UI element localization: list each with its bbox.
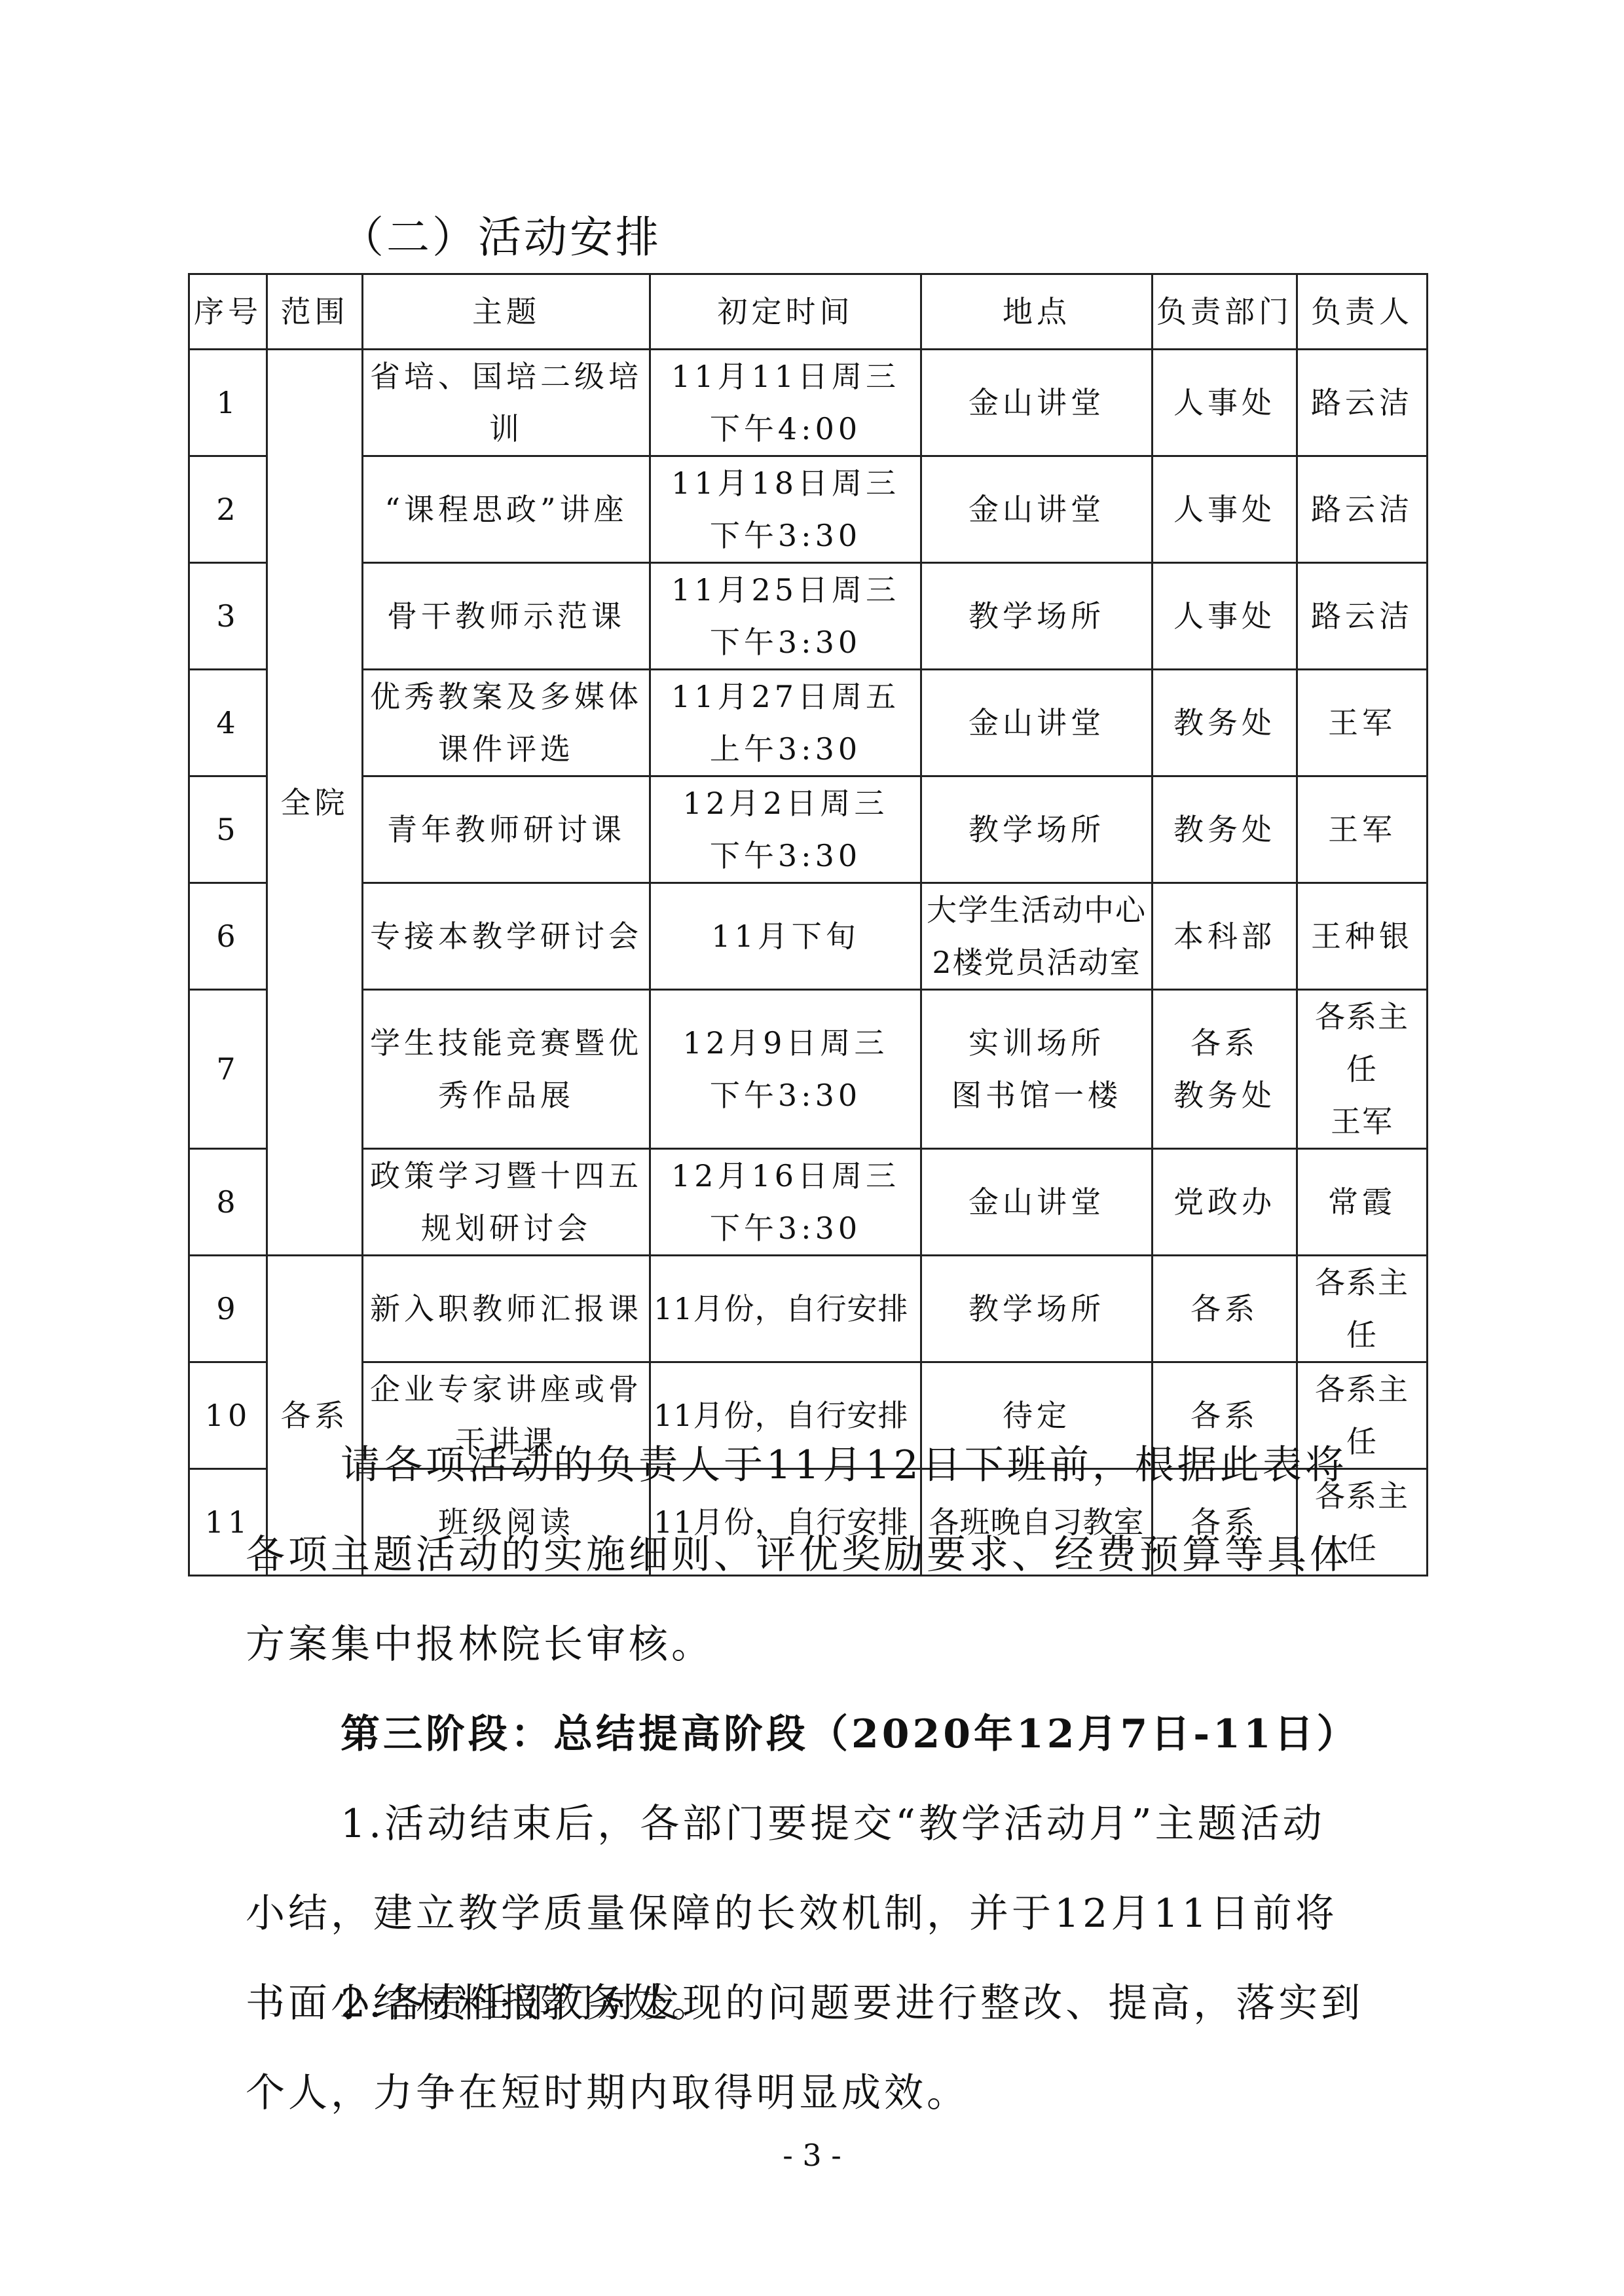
cell-time: 11月下旬 (650, 883, 921, 990)
cell-time: 11月25日周三 下午3:30 (650, 563, 921, 670)
cell-dept: 本科部 (1153, 883, 1297, 990)
cell-time: 12月9日周三 下午3:30 (650, 990, 921, 1149)
cell-dept: 人事处 (1153, 350, 1297, 456)
cell-topic: 新入职教师汇报课 (363, 1256, 650, 1362)
cell-person: 各系主任 王军 (1297, 990, 1428, 1149)
cell-topic: 学生技能竞赛暨优 秀作品展 (363, 990, 650, 1149)
table-row: 3 骨干教师示范课 11月25日周三 下午3:30 教学场所 人事处 路云洁 (189, 563, 1428, 670)
table-row: 7 学生技能竞赛暨优 秀作品展 12月9日周三 下午3:30 实训场所 图书馆一… (189, 990, 1428, 1149)
cell-dept: 各系 教务处 (1153, 990, 1297, 1149)
table-row: 2 “课程思政”讲座 11月18日周三 下午3:30 金山讲堂 人事处 路云洁 (189, 456, 1428, 563)
activity-schedule-table: 序号 范围 主题 初定时间 地点 负责部门 负责人 1 全院 省培、国培二级培 … (188, 273, 1428, 1576)
table-header-row: 序号 范围 主题 初定时间 地点 负责部门 负责人 (189, 274, 1428, 350)
cell-place: 金山讲堂 (921, 1149, 1153, 1256)
cell-dept: 党政办 (1153, 1149, 1297, 1256)
cell-person: 路云洁 (1297, 563, 1428, 670)
cell-place: 教学场所 (921, 563, 1153, 670)
notice-paragraph: 请各项活动的负责人于11月12日下班前，根据此表将 各项主题活动的实施细则、评优… (246, 1421, 1424, 1690)
table-row: 6 专接本教学研讨会 11月下旬 大学生活动中心 2楼党员活动室 本科部 王种银 (189, 883, 1428, 990)
cell-dept: 教务处 (1153, 776, 1297, 883)
item1-line-1: 1.活动结束后，各部门要提交“教学活动月”主题活动 (246, 1779, 1424, 1869)
cell-place: 金山讲堂 (921, 670, 1153, 776)
cell-topic: 骨干教师示范课 (363, 563, 650, 670)
cell-no: 9 (189, 1256, 267, 1362)
item2-line-2: 个人，力争在短时期内取得明显成效。 (246, 2049, 1424, 2138)
cell-no: 2 (189, 456, 267, 563)
cell-person: 王种银 (1297, 883, 1428, 990)
cell-topic: 青年教师研讨课 (363, 776, 650, 883)
table-row: 1 全院 省培、国培二级培 训 11月11日周三 下午4:00 金山讲堂 人事处… (189, 350, 1428, 456)
cell-place: 金山讲堂 (921, 456, 1153, 563)
item2-paragraph: 2.各责任部门对发现的问题要进行整改、提高，落实到 个人，力争在短时期内取得明显… (246, 1959, 1424, 2138)
cell-place: 实训场所 图书馆一楼 (921, 990, 1153, 1149)
cell-person: 路云洁 (1297, 456, 1428, 563)
header-dept: 负责部门 (1153, 274, 1297, 350)
cell-dept: 各系 (1153, 1256, 1297, 1362)
cell-no: 5 (189, 776, 267, 883)
cell-no: 6 (189, 883, 267, 990)
cell-place: 大学生活动中心 2楼党员活动室 (921, 883, 1153, 990)
header-scope: 范围 (267, 274, 363, 350)
cell-dept: 人事处 (1153, 563, 1297, 670)
cell-time: 11月27日周五 上午3:30 (650, 670, 921, 776)
cell-dept: 教务处 (1153, 670, 1297, 776)
header-time: 初定时间 (650, 274, 921, 350)
page-number: - 3 - (0, 2138, 1624, 2173)
cell-time: 12月2日周三 下午3:30 (650, 776, 921, 883)
table-row: 8 政策学习暨十四五 规划研讨会 12月16日周三 下午3:30 金山讲堂 党政… (189, 1149, 1428, 1256)
table-row: 9 各系 新入职教师汇报课 11月份，自行安排 教学场所 各系 各系主任 (189, 1256, 1428, 1362)
cell-dept: 人事处 (1153, 456, 1297, 563)
item2-line-1: 2.各责任部门对发现的问题要进行整改、提高，落实到 (246, 1959, 1424, 2049)
cell-person: 路云洁 (1297, 350, 1428, 456)
cell-person: 各系主任 (1297, 1256, 1428, 1362)
cell-place: 教学场所 (921, 776, 1153, 883)
table-row: 4 优秀教案及多媒体 课件评选 11月27日周五 上午3:30 金山讲堂 教务处… (189, 670, 1428, 776)
cell-topic: 优秀教案及多媒体 课件评选 (363, 670, 650, 776)
cell-place: 教学场所 (921, 1256, 1153, 1362)
notice-line-3: 方案集中报林院长审核。 (246, 1600, 1424, 1690)
cell-topic: “课程思政”讲座 (363, 456, 650, 563)
cell-person: 王军 (1297, 670, 1428, 776)
cell-person: 王军 (1297, 776, 1428, 883)
cell-person: 常霞 (1297, 1149, 1428, 1256)
notice-line-2: 各项主题活动的实施细则、评优奖励要求、经费预算等具体 (246, 1510, 1424, 1600)
cell-time: 11月份，自行安排 (650, 1256, 921, 1362)
table-row: 5 青年教师研讨课 12月2日周三 下午3:30 教学场所 教务处 王军 (189, 776, 1428, 883)
cell-topic: 政策学习暨十四五 规划研讨会 (363, 1149, 650, 1256)
cell-time: 11月11日周三 下午4:00 (650, 350, 921, 456)
item1-line-2: 小结，建立教学质量保障的长效机制，并于12月11日前将 (246, 1869, 1424, 1959)
cell-place: 金山讲堂 (921, 350, 1153, 456)
header-person: 负责人 (1297, 274, 1428, 350)
cell-time: 11月18日周三 下午3:30 (650, 456, 921, 563)
header-topic: 主题 (363, 274, 650, 350)
stage3-title: 第三阶段：总结提高阶段（2020年12月7日-11日） (246, 1690, 1424, 1779)
cell-topic: 省培、国培二级培 训 (363, 350, 650, 456)
header-place: 地点 (921, 274, 1153, 350)
cell-no: 1 (189, 350, 267, 456)
cell-no: 7 (189, 990, 267, 1149)
stage3-title-text: 第三阶段：总结提高阶段（2020年12月7日-11日） (246, 1690, 1424, 1779)
cell-no: 8 (189, 1149, 267, 1256)
cell-no: 3 (189, 563, 267, 670)
cell-no: 4 (189, 670, 267, 776)
cell-topic: 专接本教学研讨会 (363, 883, 650, 990)
header-no: 序号 (189, 274, 267, 350)
cell-time: 12月16日周三 下午3:30 (650, 1149, 921, 1256)
cell-scope-all: 全院 (267, 350, 363, 1256)
section-heading: （二）活动安排 (341, 208, 661, 267)
notice-line-1: 请各项活动的负责人于11月12日下班前，根据此表将 (246, 1421, 1424, 1510)
